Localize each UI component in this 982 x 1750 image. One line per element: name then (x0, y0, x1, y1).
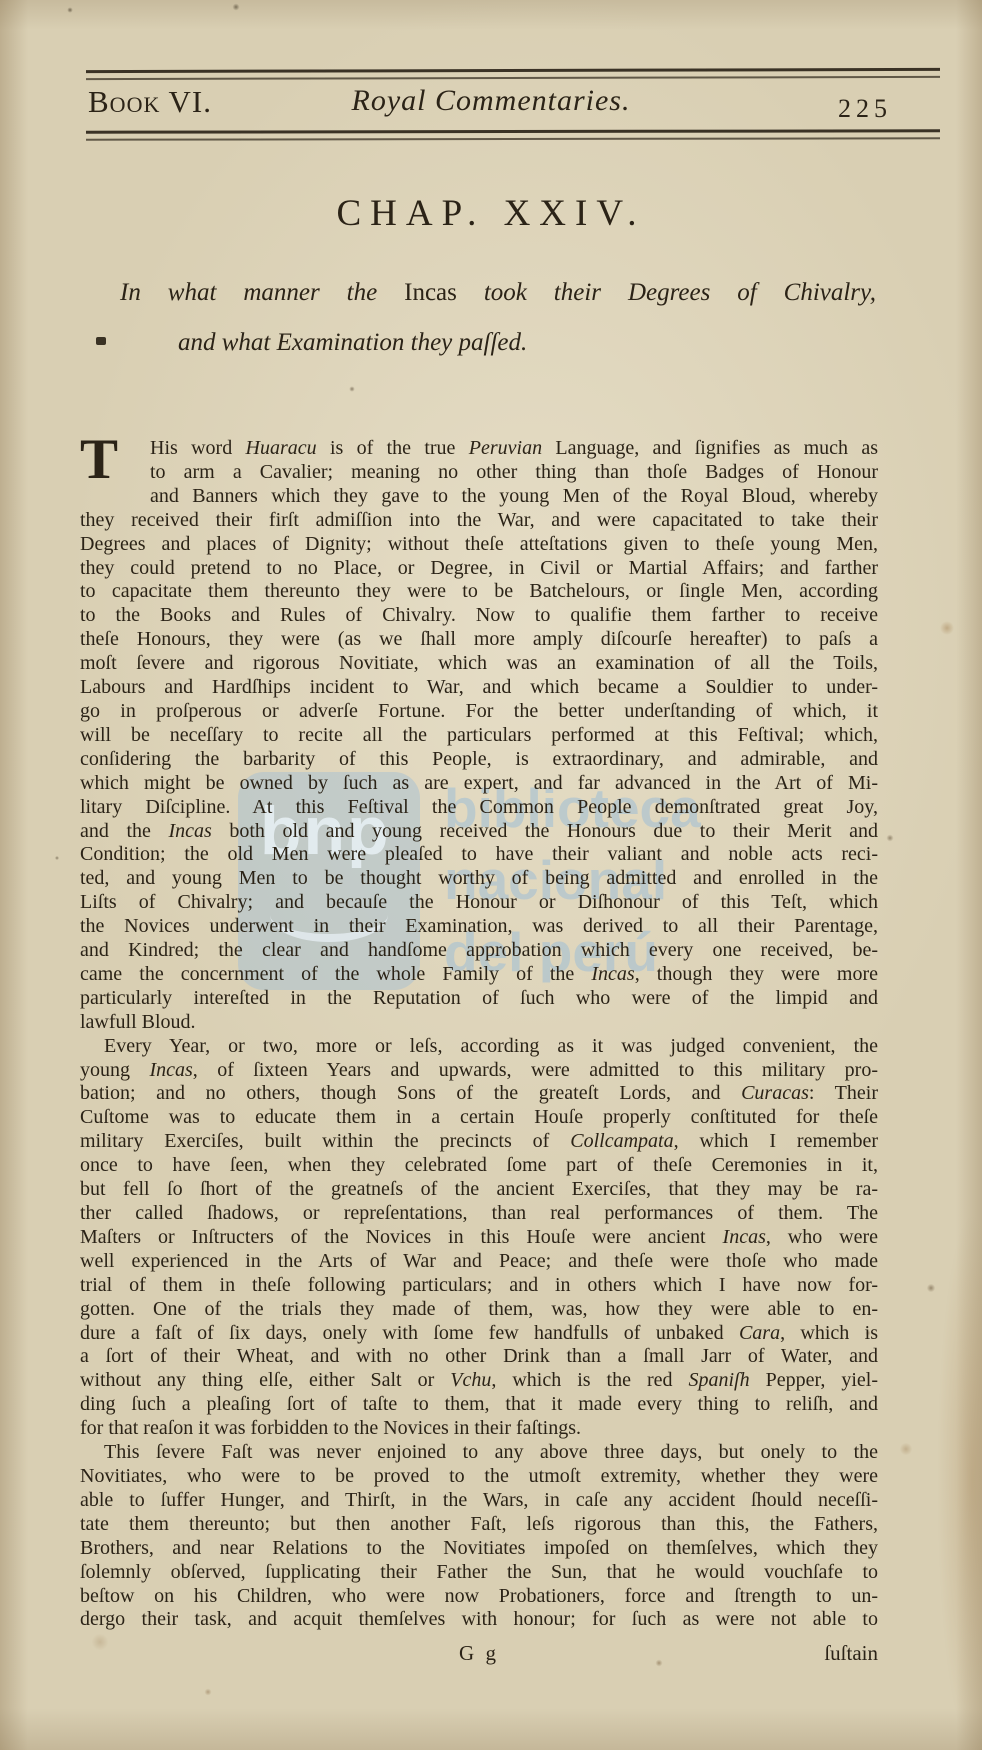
text-line: gotten. One of the trials they made of t… (80, 1298, 878, 1322)
body-text: THis word Huaracu is of the true Peruvia… (80, 437, 878, 1632)
text-line: and the Incas both old and young receive… (80, 820, 878, 844)
text-line: bation; and no others, though Sons of th… (80, 1082, 878, 1106)
text-line: lawfull Bloud. (80, 1011, 878, 1035)
text-line: for that reaſon it was forbidden to the … (80, 1417, 878, 1441)
catchword: ſuſtain (824, 1641, 878, 1666)
text-line: particularly intereſted in the Reputatio… (80, 987, 878, 1011)
text-line: dergo their task, and acquit themſelves … (80, 1608, 878, 1632)
text-line: conſidering the barbarity of this People… (80, 748, 878, 772)
text-line: Degrees and places of Dignity; without t… (80, 533, 878, 557)
text-line: well experienced in the Arts of War and … (80, 1250, 878, 1274)
book-page: Book VI. Royal Commentaries. 225 CHAP. X… (0, 0, 982, 1750)
text-line: tate them thereunto; but then another Fa… (80, 1513, 878, 1537)
text-line: moſt ſevere and rigorous Novitiate, whic… (80, 652, 878, 676)
text-line: to the Books and Rules of Chivalry. Now … (80, 604, 878, 628)
subtitle-line: In what manner the Incas took their Degr… (120, 268, 876, 318)
running-title: Royal Commentaries. (0, 84, 982, 118)
text-line: Cuſtome was to educate them in a certain… (80, 1106, 878, 1130)
text-line: His word Huaracu is of the true Peruvian… (80, 437, 878, 461)
text-line: but fell ſo ſhort of the greatneſs of th… (80, 1178, 878, 1202)
paragraph: This ſevere Faſt was never enjoined to a… (80, 1441, 878, 1632)
header-bottom-rule (86, 129, 940, 140)
text-line: military Exerciſes, built within the pre… (80, 1130, 878, 1154)
text-line: without any thing elſe, either Salt or V… (80, 1369, 878, 1393)
ink-blot (96, 337, 106, 345)
text-line: Maſters or Inſtructers of the Novices in… (80, 1226, 878, 1250)
text-line: Condition; the old Men were pleaſed to h… (80, 843, 878, 867)
text-line: This ſevere Faſt was never enjoined to a… (80, 1441, 878, 1465)
text-line: and Kindred; the clear and handſome appr… (80, 939, 878, 963)
text-line: which might be owned by ſuch as are expe… (80, 772, 878, 796)
text-line: young Incas, of ſixteen Years and upward… (80, 1059, 878, 1083)
text-line: Novitiates, who were to be proved to the… (80, 1465, 878, 1489)
page-footer: G g ſuſtain (80, 1641, 878, 1669)
text-line: Every Year, or two, more or leſs, accord… (80, 1035, 878, 1059)
chapter-subtitle: In what manner the Incas took their Degr… (120, 268, 876, 368)
text-line: go in proſperous or adverſe Fortune. For… (80, 700, 878, 724)
text-line: ted, and young Men to be thought worthy … (80, 867, 878, 891)
text-line: and Banners which they gave to the young… (80, 485, 878, 509)
text-line: Labours and Hardſhips incident to War, a… (80, 676, 878, 700)
text-line: to arm a Cavalier; meaning no other thin… (80, 461, 878, 485)
text-line: able to ſuffer Hunger, and Thirſt, in th… (80, 1489, 878, 1513)
signature-mark: G g (459, 1641, 499, 1666)
text-line: they could pretend to no Place, or Degre… (80, 557, 878, 581)
text-line: litary Diſcipline. At this Feſtival the … (80, 796, 878, 820)
text-line: beſtow on his Children, who were now Pro… (80, 1585, 878, 1609)
paragraph: THis word Huaracu is of the true Peruvia… (80, 437, 878, 1035)
text-line: Liſts of Chivalry; and becauſe the Honou… (80, 891, 878, 915)
text-line: they received their firſt admiſſion into… (80, 509, 878, 533)
subtitle-line: and what Examination they paſſed. (120, 318, 876, 368)
text-line: will be neceſſary to recite all the part… (80, 724, 878, 748)
text-line: ther called ſhadows, or repreſentations,… (80, 1202, 878, 1226)
header-top-rule (86, 68, 940, 80)
text-line: trial of them in theſe following particu… (80, 1274, 878, 1298)
page-number: 225 (838, 94, 892, 124)
chapter-heading: CHAP. XXIV. (0, 192, 982, 235)
text-line: came the concernment of the whole Family… (80, 963, 878, 987)
text-line: ding ſuch a pleaſing ſort of taſte to th… (80, 1393, 878, 1417)
text-line: to capacitate them thereunto they were t… (80, 580, 878, 604)
text-line: ſolemnly obſerved, ſupplicating their Fa… (80, 1561, 878, 1585)
paragraph: Every Year, or two, more or leſs, accord… (80, 1035, 878, 1441)
text-line: Brothers, and near Relations to the Novi… (80, 1537, 878, 1561)
drop-cap: T (80, 437, 150, 485)
text-line: the Novices underwent in their Examinati… (80, 915, 878, 939)
text-line: theſe Honours, they were (as we ſhall mo… (80, 628, 878, 652)
text-line: once to have ſeen, when they celebrated … (80, 1154, 878, 1178)
text-line: a ſort of their Wheat, and with no other… (80, 1345, 878, 1369)
text-line: dure a faſt of ſix days, onely with ſome… (80, 1322, 878, 1346)
